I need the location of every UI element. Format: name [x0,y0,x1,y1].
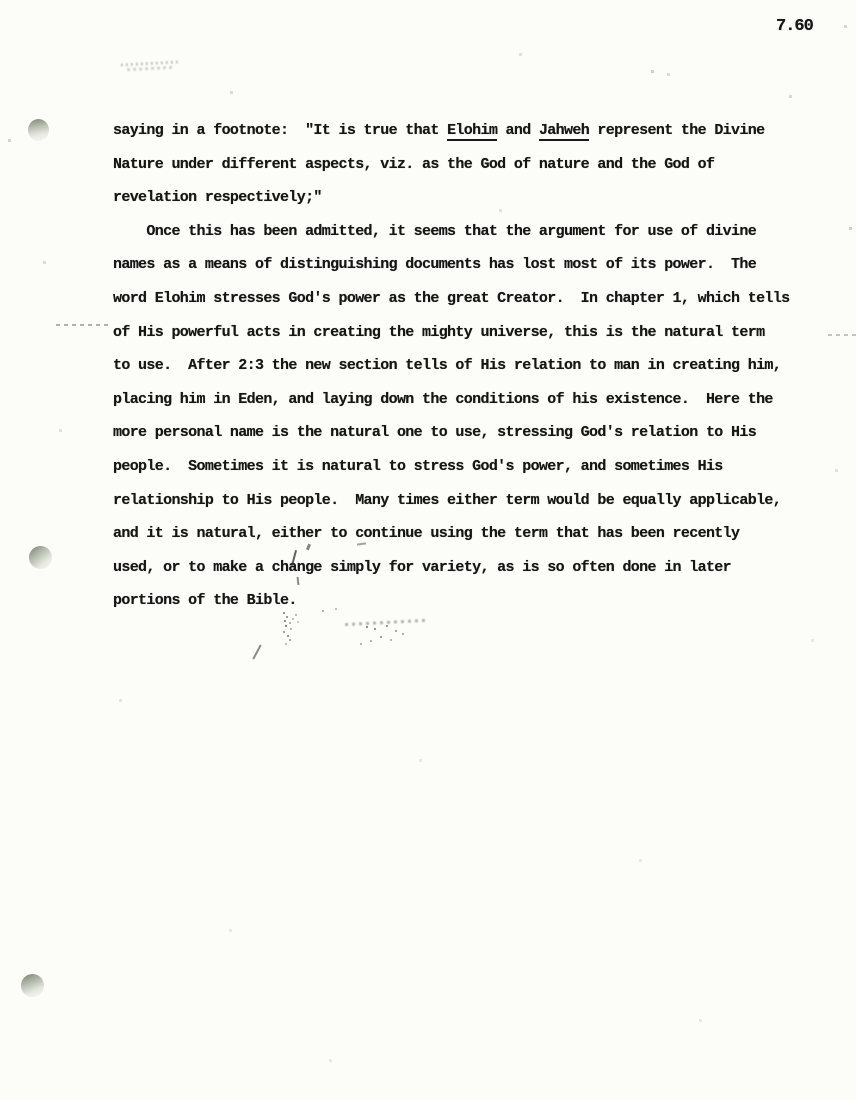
underlined-term: Elohim [447,122,497,141]
text-segment: revelation respectively;" [113,189,322,206]
text-block: saying in a footnote: "It is true that E… [113,114,813,618]
text-line: placing him in Eden, and laying down the… [113,383,813,417]
text-line: word Elohim stresses God's power as the … [113,282,813,316]
text-segment: word Elohim stresses God's power as the … [113,290,789,307]
text-segment: names as a means of distinguishing docum… [113,256,756,273]
text-line: of His powerful acts in creating the mig… [113,316,813,350]
text-segment: Once this has been admitted, it seems th… [113,223,756,240]
text-segment: Nature under different aspects, viz. as … [113,156,714,173]
photocopy-noise [0,0,1,1]
text-segment: of His powerful acts in creating the mig… [113,324,764,341]
hole-punch-icon [21,974,44,997]
text-line: saying in a footnote: "It is true that E… [113,114,813,148]
smudge-artifact [366,626,368,628]
text-segment: people. Sometimes it is natural to stres… [113,458,723,475]
text-segment: saying in a footnote: "It is true that [113,122,447,139]
underlined-term: Jahweh [539,122,589,141]
text-segment: placing him in Eden, and laying down the… [113,391,773,408]
smudge-artifact [252,644,261,659]
smudge-artifact [828,334,856,336]
smudge-artifact [121,60,179,73]
smudge-artifact [345,619,425,626]
text-segment: to use. After 2:3 the new section tells … [113,357,781,374]
text-segment: and it is natural, either to continue us… [113,525,739,542]
smudge-row [127,66,173,71]
hole-punch-icon [28,119,49,141]
text-line: names as a means of distinguishing docum… [113,248,813,282]
text-segment: used, or to make a change simply for var… [113,559,731,576]
text-segment: and [497,122,539,139]
text-line: Nature under different aspects, viz. as … [113,148,813,182]
smudge-artifact [283,612,285,614]
hole-punch-icon [29,546,52,569]
text-line: more personal name is the natural one to… [113,416,813,450]
text-line: people. Sometimes it is natural to stres… [113,450,813,484]
scanned-document-page: 7.60 saying in a footnote: "It is true t… [0,0,856,1100]
page-number: 7.60 [776,17,813,36]
text-line: and it is natural, either to continue us… [113,517,813,551]
text-segment: more personal name is the natural one to… [113,424,756,441]
text-line: revelation respectively;" [113,181,813,215]
text-segment: relationship to His people. Many times e… [113,492,781,509]
text-segment: portions of the Bible. [113,592,297,609]
text-segment: represent the Divine [589,122,764,139]
text-line: Once this has been admitted, it seems th… [113,215,813,249]
smudge-artifact [56,324,112,326]
text-line: to use. After 2:3 the new section tells … [113,349,813,383]
text-line: relationship to His people. Many times e… [113,484,813,518]
text-line: used, or to make a change simply for var… [113,551,813,585]
text-line: portions of the Bible. [113,584,813,618]
